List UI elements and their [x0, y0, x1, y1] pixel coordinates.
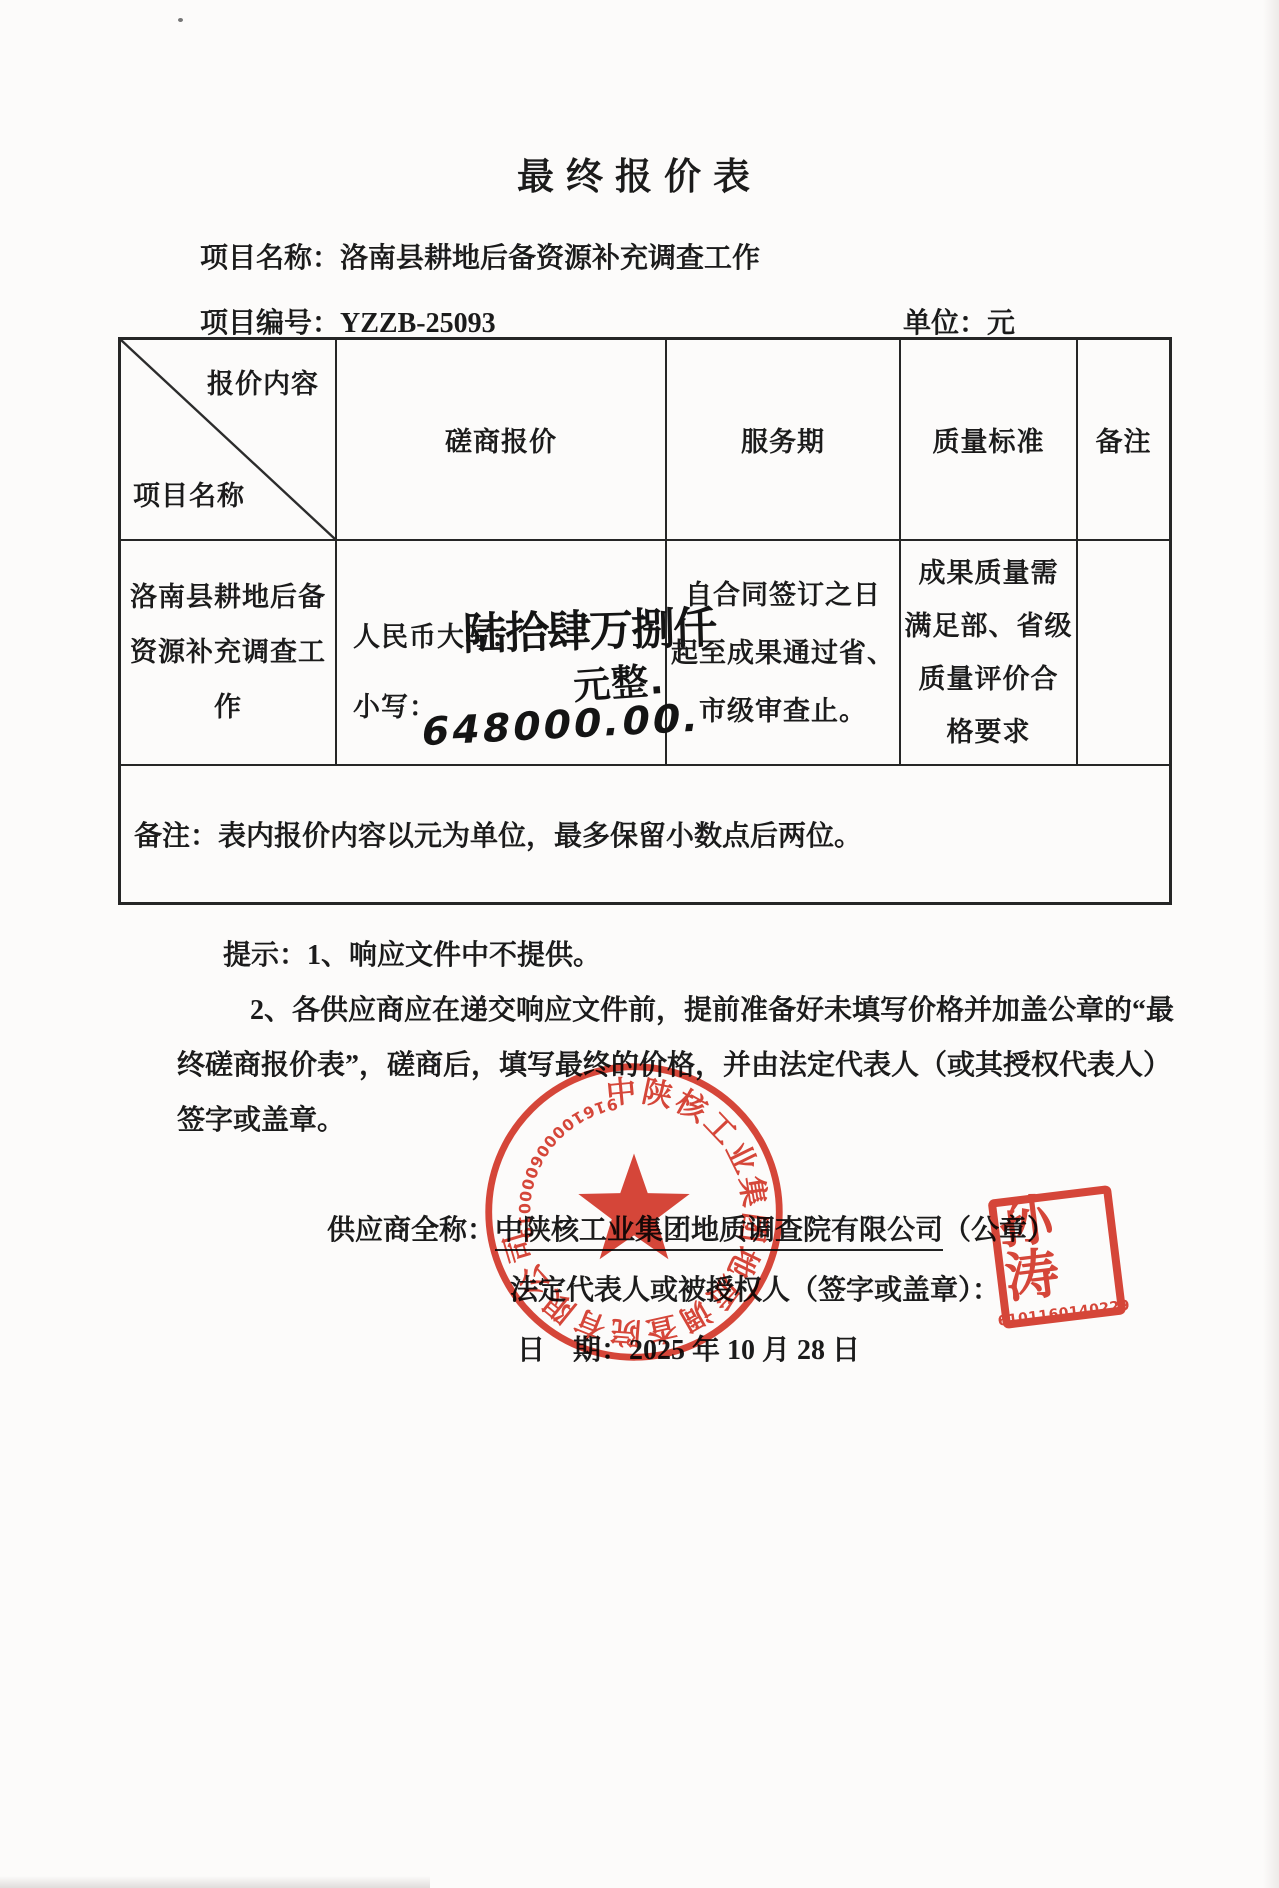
- stamp-star-icon: [578, 1154, 689, 1260]
- quality-line: 质量评价合: [901, 653, 1076, 706]
- scanned-document-page: 最终报价表 项目名称：洛南县耕地后备资源补充调查工作 项目编号：YZZB-250…: [0, 0, 1279, 1888]
- project-name-line: 项目名称：洛南县耕地后备资源补充调查工作: [200, 236, 760, 276]
- page-title: 最终报价表: [0, 146, 1279, 200]
- corner-header-cell: 报价内容 项目名称: [121, 340, 337, 539]
- unit-label: 单位：元: [903, 301, 1015, 341]
- quality-line: 格要求: [901, 706, 1076, 759]
- supplier-label: 供应商全称：: [327, 1215, 495, 1246]
- service-line: 自合同签订之日: [667, 566, 899, 624]
- quality-lines: 成果质量需 满足部、省级 质量评价合 格要求: [901, 547, 1076, 759]
- cell-negotiated-quote: 人民币大写: 陆拾肆万捌仟 元整. 小写： 648000.00.: [337, 541, 667, 764]
- project-no-label: 项目编号：: [200, 308, 340, 339]
- table-footer-note: 备注：表内报价内容以元为单位，最多保留小数点后两位。: [121, 814, 862, 854]
- note-line-2: 2、各供应商应在递交响应文件前，提前准备好未填写价格并加盖公章的“最: [250, 988, 1174, 1028]
- scan-edge-right: [1263, 0, 1279, 1888]
- service-line: 起至成果通过省、: [667, 624, 899, 682]
- handwritten-price-digits: 648000.00.: [418, 696, 705, 755]
- note-line-1: 提示：1、响应文件中不提供。: [223, 933, 601, 973]
- project-line: 资源补充调查工: [121, 625, 335, 680]
- scan-edge-bottom: [0, 1876, 430, 1888]
- table-header-row: 报价内容 项目名称 磋商报价 服务期 质量标准 备注: [121, 340, 1169, 541]
- header-cell-remark: 备注: [1078, 340, 1169, 539]
- stamp-person-name: 孙涛: [995, 1186, 1115, 1306]
- cell-quality-standard: 成果质量需 满足部、省级 质量评价合 格要求: [901, 541, 1078, 764]
- corner-label-bottom: 项目名称: [133, 474, 245, 513]
- table-data-row: 洛南县耕地后备 资源补充调查工 作 人民币大写: 陆拾肆万捌仟 元整. 小写： …: [121, 541, 1169, 766]
- project-no-line: 项目编号：YZZB-25093: [200, 301, 496, 341]
- cell-project-name: 洛南县耕地后备 资源补充调查工 作: [121, 541, 337, 764]
- header-cell-quality: 质量标准: [901, 340, 1078, 539]
- corner-label-top: 报价内容: [207, 362, 319, 401]
- project-name-value: 洛南县耕地后备资源补充调查工作: [340, 243, 760, 274]
- service-period-lines: 自合同签订之日 起至成果通过省、 市级审查止。: [667, 566, 899, 740]
- project-no-value: YZZB-25093: [340, 308, 496, 339]
- service-line: 市级审查止。: [667, 682, 899, 740]
- project-line: 洛南县耕地后备: [121, 570, 335, 625]
- quality-line: 满足部、省级: [901, 600, 1076, 653]
- quotation-table: 报价内容 项目名称 磋商报价 服务期 质量标准 备注 洛南县耕地后备 资源补充调…: [118, 337, 1172, 905]
- header-cell-service-period: 服务期: [667, 340, 901, 539]
- ink-dot: [178, 18, 183, 22]
- header-cell-quote: 磋商报价: [337, 340, 667, 539]
- project-line: 作: [121, 680, 335, 735]
- cell-service-period: 自合同签订之日 起至成果通过省、 市级审查止。: [667, 541, 901, 764]
- project-name-label: 项目名称：: [200, 243, 340, 274]
- company-round-stamp: 中陕核工业集团地质调查院有限公司 9161000060000197: [478, 1056, 790, 1368]
- cell-remark: [1078, 541, 1169, 764]
- note-line-4: 签字或盖章。: [177, 1098, 345, 1138]
- personal-square-stamp: 孙涛 6101160140229: [988, 1185, 1127, 1329]
- quality-line: 成果质量需: [901, 547, 1076, 600]
- project-name-lines: 洛南县耕地后备 资源补充调查工 作: [121, 570, 335, 735]
- table-footer-note-row: 备注：表内报价内容以元为单位，最多保留小数点后两位。: [121, 766, 1169, 902]
